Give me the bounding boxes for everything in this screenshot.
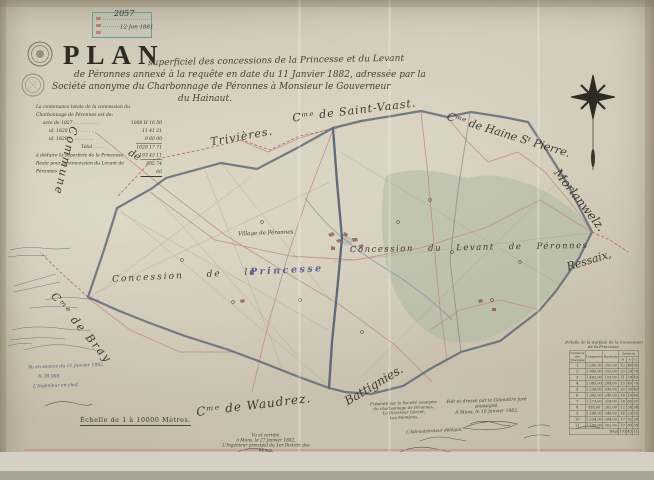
col-header: Numéros des Triangles bbox=[569, 351, 585, 363]
summary-row: id. 1828 . . . . . . . . .11 41 21 bbox=[36, 127, 162, 135]
total-label: Total bbox=[569, 429, 618, 435]
table-total-row: Total 193 43 11 bbox=[569, 429, 638, 435]
subtitle-line: Société anonyme du Charbonnage de Péronn… bbox=[52, 82, 391, 92]
caption-line: de la Princesse. bbox=[559, 345, 649, 350]
stamp-date: 12 Jan 1881 bbox=[120, 24, 154, 30]
col-header: Longueurs bbox=[585, 351, 603, 363]
compass-rose-icon bbox=[571, 75, 615, 170]
col-header: Hauteurs bbox=[603, 351, 619, 363]
total-cell: 11 bbox=[633, 429, 639, 435]
summary-value: 1029 17 71 bbox=[136, 143, 162, 152]
scale-note: Échelle de 1 à 10000 Mètres. bbox=[80, 416, 191, 426]
surface-table-body: 11.240,00200,0012400021.845,00252,002324… bbox=[569, 363, 638, 429]
green-area bbox=[382, 170, 592, 342]
summary-value: 9 60 00 bbox=[145, 135, 162, 143]
surface-table-block: Détails de la Surface de la Concession d… bbox=[559, 340, 649, 435]
stamp-print-mark bbox=[96, 24, 101, 27]
summary-value: 835 74 60 bbox=[140, 160, 162, 178]
surface-table-head: Numéros des Triangles Longueurs Hauteurs… bbox=[569, 351, 638, 363]
presented-note: Présenté par la Société anonyme du charb… bbox=[366, 399, 442, 421]
stamp-print-line bbox=[103, 19, 148, 20]
summary-value: 1008 H 16 50 bbox=[131, 119, 162, 127]
total-cell: 193 bbox=[619, 429, 627, 435]
scanned-map-sheet: 2057 12 Jan 1881 PLAN superficiel des co… bbox=[0, 0, 654, 480]
summary-intro: La contenance totale de la concession du bbox=[36, 103, 162, 111]
subtitle-line: de Péronnes annexé à la requête en date … bbox=[74, 70, 426, 80]
summary-label: Reste pour la concession du Levant de Pé… bbox=[36, 160, 140, 178]
surface-table-caption: Détails de la Surface de la Concession d… bbox=[559, 340, 649, 349]
margin-note: № 38.988. bbox=[38, 374, 61, 379]
sheet-edge-top bbox=[0, 0, 654, 7]
summary-value: 11 41 21 bbox=[142, 127, 162, 135]
summary-row: acte de 1827 . . . . . . . . .1008 H 16 … bbox=[36, 119, 162, 127]
embossed-seal-icons bbox=[22, 42, 52, 96]
stamp-print-mark bbox=[96, 17, 101, 20]
sheet-margin-bottom bbox=[0, 452, 654, 471]
summary-value: 193 43 11 bbox=[139, 152, 162, 160]
summary-label: à déduire la superficie de la Princesse bbox=[36, 152, 123, 160]
summary-intro: Charbonnage de Péronnes est de: bbox=[36, 111, 162, 119]
surface-table-foot: Total 193 43 11 bbox=[569, 429, 638, 435]
subtitle-line: du Hainaut. bbox=[178, 94, 232, 104]
certification-left: Vu et certifié, à Mons, le 27 Janvier 18… bbox=[216, 433, 316, 453]
summary-row: à déduire la superficie de la Princesse1… bbox=[36, 152, 162, 160]
stamp-print-mark bbox=[96, 31, 101, 34]
stamp-number: 2057 bbox=[114, 9, 134, 18]
certification-line: L'Ingénieur principal du 1er District de… bbox=[216, 443, 316, 453]
sheet-edge-bottom bbox=[0, 471, 654, 480]
sheet-edge-left bbox=[0, 0, 6, 480]
summary-row-total: Total . . . .1029 17 71 bbox=[36, 143, 162, 152]
summary-row: id. 1829 . . . . . . . . .9 60 00 bbox=[36, 135, 162, 143]
surface-table: Numéros des Triangles Longueurs Hauteurs… bbox=[569, 351, 639, 436]
contenance-summary: La contenance totale de la concession du… bbox=[36, 103, 162, 177]
